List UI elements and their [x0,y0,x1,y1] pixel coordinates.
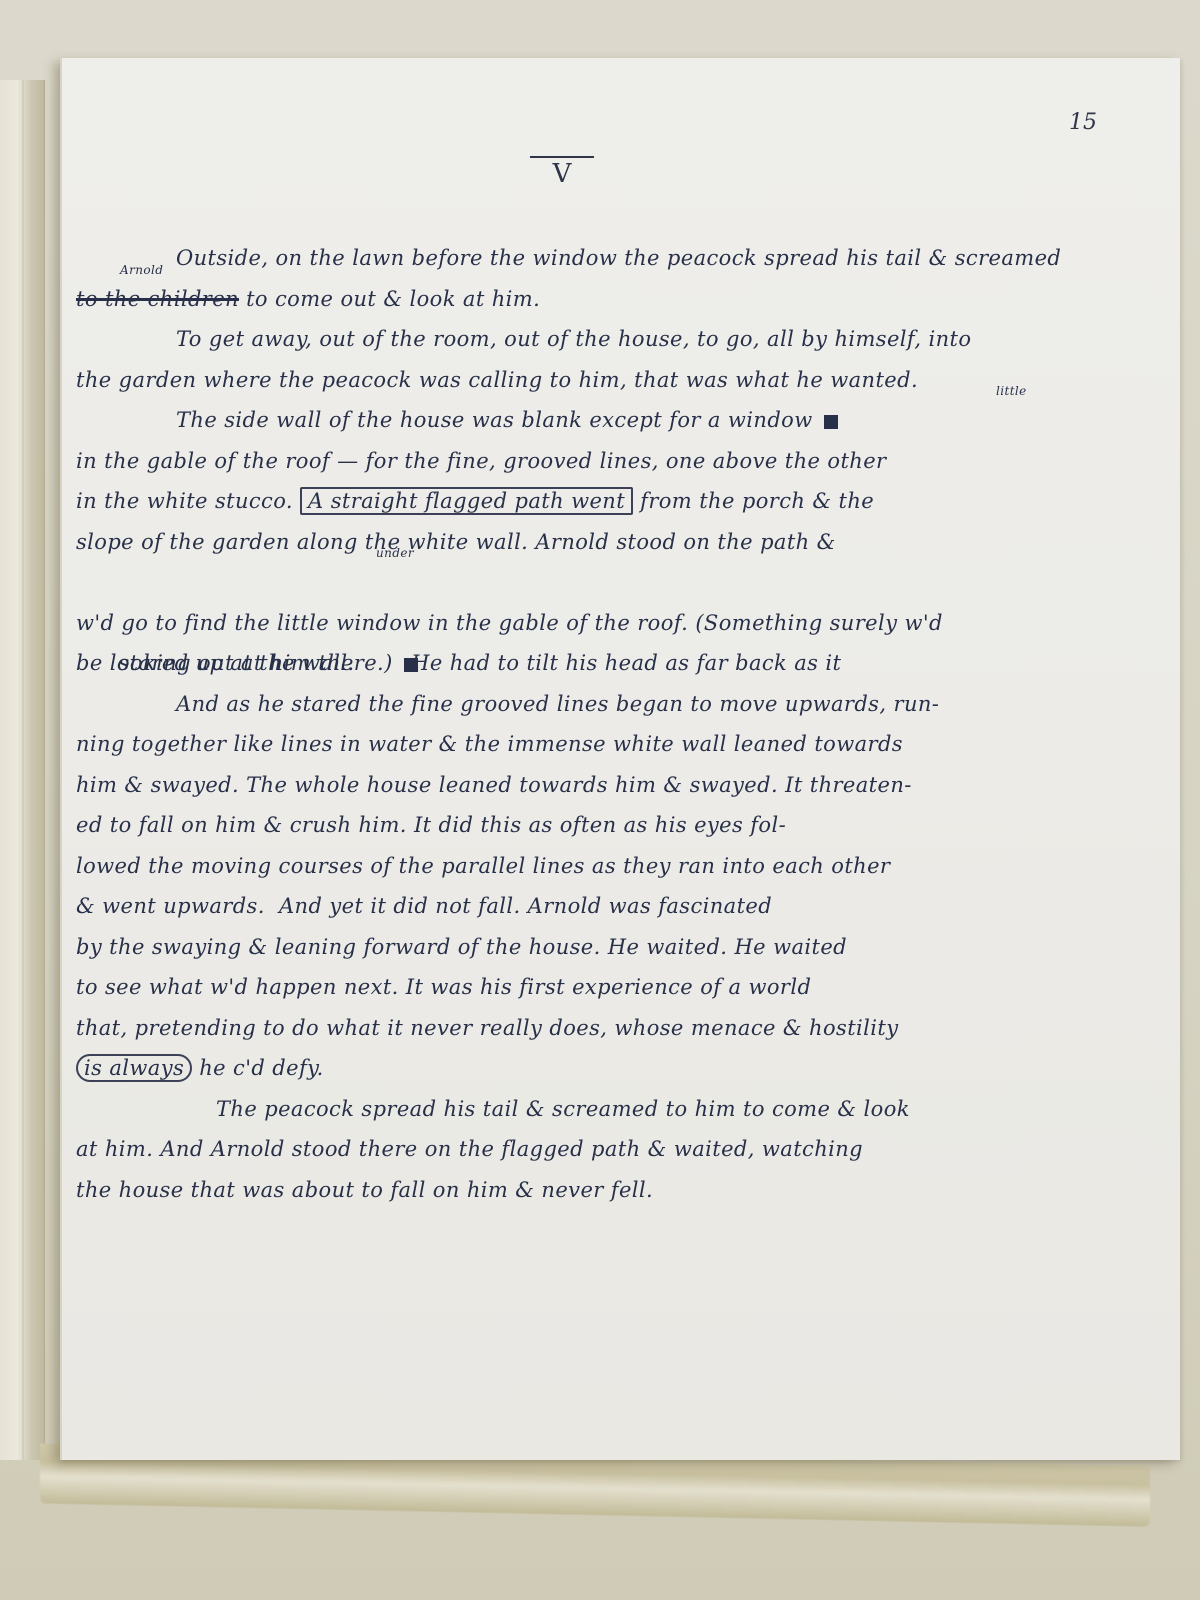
line-text: him & swayed. The whole house leaned tow… [76,773,912,797]
text-line: ed to fall on him & crush him. It did th… [76,805,1166,846]
text-line: w'd go to find the little window in the … [76,603,1166,644]
text-line: him & swayed. The whole house leaned tow… [76,765,1166,806]
text-line: is always he c'd defy. [76,1048,1166,1089]
line-text: in the gable of the roof — for the fine,… [76,449,886,473]
text-line: Outside, on the lawn before the window t… [76,238,1166,279]
inserted-word: under [376,546,414,560]
text-line: the house that was about to fall on him … [76,1170,1166,1211]
line-text: in the white stucco. [76,489,293,513]
line-text: & went upwards. And yet it did not fall.… [76,894,772,918]
text-line: The peacock spread his tail & screamed t… [76,1089,1166,1130]
struck-text: to the children [76,287,239,311]
text-line: by the swaying & leaning forward of the … [76,927,1166,968]
text-line: be looking out at him there.) [76,643,1166,684]
ink-blot-icon [404,658,418,672]
text-line: to see what w'd happen next. It was his … [76,967,1166,1008]
text-line: Arnold to the children to come out & loo… [76,279,1166,320]
text-line: To get away, out of the room, out of the… [76,319,1166,360]
line-text: The peacock spread his tail & screamed t… [216,1097,910,1121]
line-text: to come out & look at him. [246,287,540,311]
line-text: lowed the moving courses of the parallel… [76,854,890,878]
chapter-heading: V [530,156,594,188]
inserted-word: little [996,384,1027,398]
text-line: that, pretending to do what it never rea… [76,1008,1166,1049]
text-line: at him. And Arnold stood there on the fl… [76,1129,1166,1170]
text-line: in the gable of the roof — for the fine,… [76,441,1166,482]
inserted-word: Arnold [120,263,163,277]
line-text: the house that was about to fall on him … [76,1178,653,1202]
text-line: little The side wall of the house was bl… [76,400,1166,441]
line-text: from the porch & the [640,489,874,513]
circled-insertion: is always [76,1054,192,1082]
text-line: ning together like lines in water & the … [76,724,1166,765]
handwritten-text: Outside, on the lawn before the window t… [76,238,1166,1210]
text-line: lowed the moving courses of the parallel… [76,846,1166,887]
line-text: to see what w'd happen next. It was his … [76,975,811,999]
line-text: by the swaying & leaning forward of the … [76,935,847,959]
line-text: The side wall of the house was blank exc… [176,408,813,432]
text-line: And as he stared the fine grooved lines … [76,684,1166,725]
line-text: Outside, on the lawn before the window t… [176,246,1061,270]
boxed-insertion: A straight flagged path went [300,487,633,515]
manuscript-page: 15 V Outside, on the lawn before the win… [60,58,1180,1460]
line-text: that, pretending to do what it never rea… [76,1016,899,1040]
line-text: ning together like lines in water & the … [76,732,903,756]
line-text: be looking out at him there.) [76,651,393,675]
ink-blot-icon [824,415,838,429]
line-text: ed to fall on him & crush him. It did th… [76,813,786,837]
text-line: in the white stucco. A straight flagged … [76,481,1166,522]
page-number: 15 [1069,110,1097,135]
text-line: & went upwards. And yet it did not fall.… [76,886,1166,927]
line-text: slope of the garden along the white wall… [76,530,836,554]
line-text: And as he stared the fine grooved lines … [176,692,939,716]
line-text: he c'd defy. [199,1056,323,1080]
line-text: To get away, out of the room, out of the… [176,327,971,351]
line-text: w'd go to find the little window in the … [76,611,943,635]
line-text: the garden where the peacock was calling… [76,368,918,392]
text-line: under stared up at the wall. He had to t… [76,562,1166,603]
previous-pages-edge [0,80,45,1460]
line-text: at him. And Arnold stood there on the fl… [76,1137,863,1161]
text-line: slope of the garden along the white wall… [76,522,1166,563]
